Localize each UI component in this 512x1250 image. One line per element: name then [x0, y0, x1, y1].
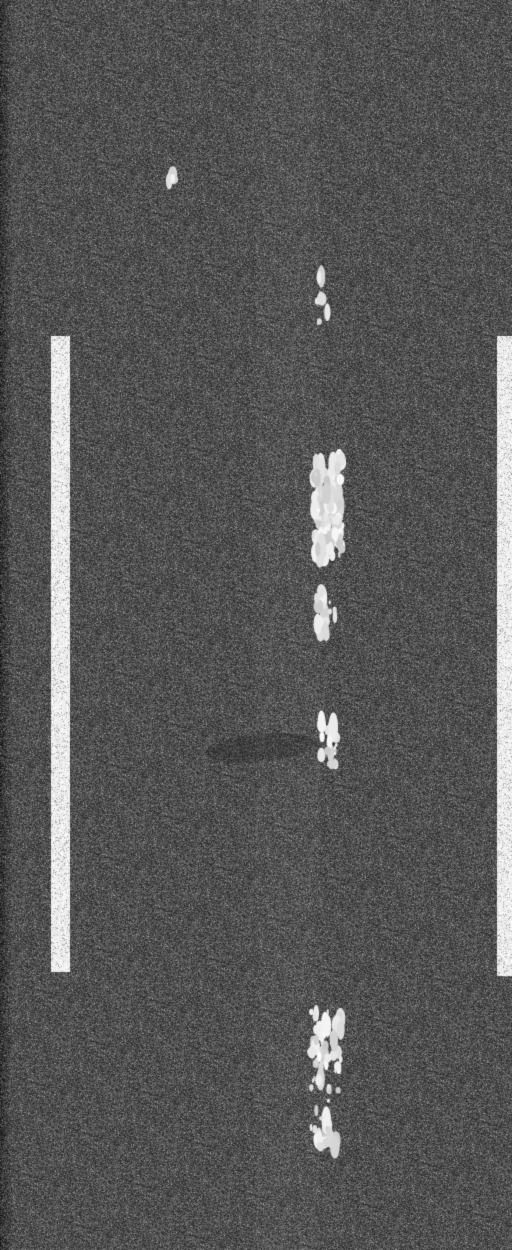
- road-surface-image: [0, 0, 512, 1250]
